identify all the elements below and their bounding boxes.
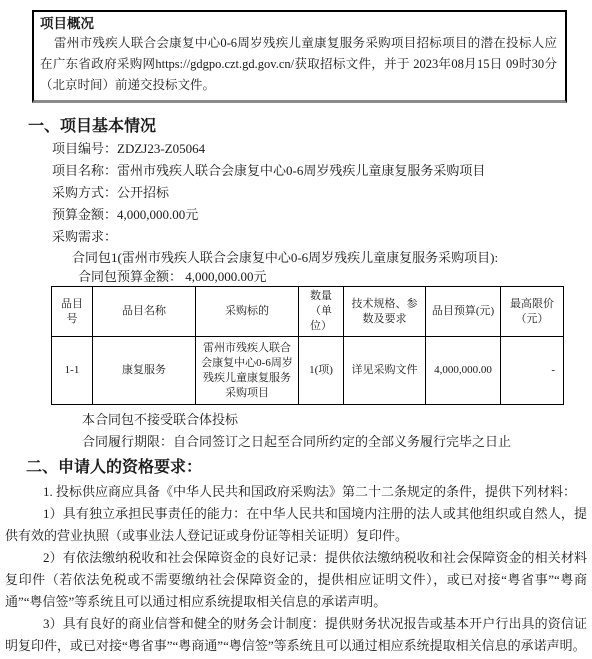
section2-heading: 二、申请人的资格要求： [26, 457, 592, 479]
overview-title: 项目概况 [40, 15, 557, 33]
header-item-number: 品目号 [52, 287, 93, 337]
header-max-price: 最高限价（元） [501, 287, 564, 337]
qualification-item-3-paragraph: 3）具有良好的商业信誉和健全的财务会计制度：提供财务状况报告或基本开户行出具的资… [5, 613, 587, 657]
contract-package-line: 合同包1(雷州市残疾人联合会康复中心0-6周岁残疾儿童康复服务采购项目): [72, 248, 592, 267]
cell-procurement-subject: 雷州市残疾人联合会康复中心0-6周岁残疾儿童康复服务采购项目 [196, 337, 299, 405]
cell-item-number: 1-1 [52, 337, 93, 405]
budget-amount-value: 4,000,000.00元 [117, 207, 198, 222]
project-number-value: ZDZJ23-Z05064 [117, 141, 205, 156]
header-item-budget: 品目预算(元) [426, 287, 501, 337]
procurement-demand-label: 采购需求： [52, 229, 117, 244]
contract-period-line: 合同履行期限：自合同签订之日起至合同所约定的全部义务履行完毕之日止 [82, 431, 592, 453]
procurement-method-label: 采购方式： [52, 185, 117, 200]
overview-paragraph: 雷州市残疾人联合会康复中心0-6周岁残疾儿童康复服务采购项目招标项目的潜在投标人… [40, 33, 557, 96]
cell-max-price: - [501, 337, 564, 405]
header-item-name: 品目名称 [93, 287, 196, 337]
no-consortium-line: 本合同包不接受联合体投标 [82, 409, 592, 431]
project-number-line: 项目编号：ZDZJ23-Z05064 [52, 138, 592, 160]
section1-items: 项目编号：ZDZJ23-Z05064 项目名称：雷州市残疾人联合会康复中心0-6… [52, 138, 592, 248]
qualification-item-1-paragraph: 1）具有独立承担民事责任的能力：在中华人民共和国境内注册的法人或其他组织或自然人… [5, 503, 587, 547]
contract-notes: 本合同包不接受联合体投标 合同履行期限：自合同签订之日起至合同所约定的全部义务履… [82, 409, 592, 453]
contract-budget-line: 合同包预算金额： 4,000,000.00元 [78, 267, 592, 286]
cell-item-budget: 4,000,000.00 [426, 337, 501, 405]
budget-amount-line: 预算金额：4,000,000.00元 [52, 204, 592, 226]
qualification-requirements: 1. 投标供应商应具备《中华人民共和国政府采购法》第二十二条规定的条件，提供下列… [0, 481, 592, 657]
qualification-item-2-paragraph: 2）有依法缴纳税收和社会保障资金的良好记录：提供依法缴纳税收和社会保障资金的相关… [5, 547, 587, 613]
procurement-items-table: 品目号 品目名称 采购标的 数量（单位） 技术规格、参数及要求 品目预算(元) … [51, 286, 564, 405]
header-procurement-subject: 采购标的 [196, 287, 299, 337]
cell-quantity-unit: 1(项) [299, 337, 344, 405]
cell-item-name: 康复服务 [93, 337, 196, 405]
procurement-notice-document: { "colors": { "background": "#ffffff", "… [0, 0, 592, 659]
qualification-intro-paragraph: 1. 投标供应商应具备《中华人民共和国政府采购法》第二十二条规定的条件，提供下列… [5, 481, 587, 503]
project-name-line: 项目名称：雷州市残疾人联合会康复中心0-6周岁残疾儿童康复服务采购项目 [52, 160, 592, 182]
procurement-demand-line: 采购需求： [52, 226, 592, 248]
header-tech-specs: 技术规格、参数及要求 [344, 287, 426, 337]
header-quantity-unit: 数量（单位） [299, 287, 344, 337]
budget-amount-label: 预算金额： [52, 207, 117, 222]
project-name-label: 项目名称： [52, 163, 117, 178]
procurement-method-value: 公开招标 [117, 185, 169, 200]
table-row: 1-1 康复服务 雷州市残疾人联合会康复中心0-6周岁残疾儿童康复服务采购项目 … [52, 337, 564, 405]
project-overview-box: 项目概况 雷州市残疾人联合会康复中心0-6周岁残疾儿童康复服务采购项目招标项目的… [32, 10, 567, 103]
project-number-label: 项目编号： [52, 141, 117, 156]
project-name-value: 雷州市残疾人联合会康复中心0-6周岁残疾儿童康复服务采购项目 [117, 163, 485, 178]
procurement-method-line: 采购方式：公开招标 [52, 182, 592, 204]
section1-heading: 一、项目基本情况 [28, 116, 592, 138]
table-header-row: 品目号 品目名称 采购标的 数量（单位） 技术规格、参数及要求 品目预算(元) … [52, 287, 564, 337]
cell-tech-specs: 详见采购文件 [344, 337, 426, 405]
